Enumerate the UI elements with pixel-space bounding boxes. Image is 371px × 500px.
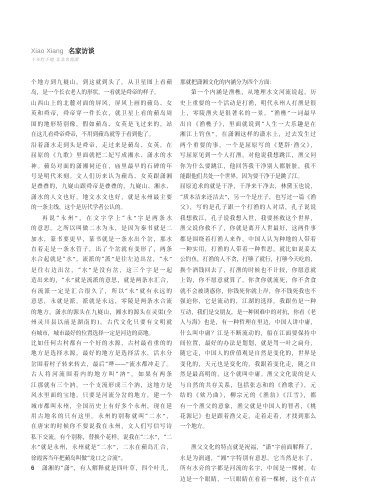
text-line: 间位置，最好的办法是划划，就是驾一叶之扁舟，: [180, 339, 316, 349]
text-line: 屈原的《九歌》里面就把二妃写成湘水、潇水的水: [31, 151, 172, 161]
text-line: 用古地名的只有这里。永州的别称就叫“二水”，: [31, 412, 172, 422]
text-line: 神。蘋岛对面的潇湘祠还在，庙里最早的石碑的年: [31, 162, 172, 172]
text-line: 山西山上的北麓对面的屏风，屏风上画的蘋岛、女: [31, 99, 172, 109]
text-line: 一个地方。: [180, 422, 316, 432]
text-line: 一种实用，打渔的人带着一种哲思，就比如说姜太: [180, 245, 316, 255]
text-line: 上，零陵渔火是很著名的一景，“渔樵”一词最早: [180, 109, 316, 119]
text-line: 花源记》也是跟着渔父走，走着走着，才找到那么: [180, 412, 316, 422]
text-line: 公钓鱼，打渔的人不贪，打够了就行，打够今天吃的，: [180, 255, 316, 265]
text-line: 就不会被诱惑你，你钱死你就上岸，你不钱死我也不: [180, 287, 316, 297]
paragraph-spacer: [180, 433, 316, 443]
text-line: 你为什么要跳江，他回答我干净别人都脏脏，我不: [180, 162, 316, 172]
text-line: 是叠叠的，九嶷山跟舜帝是叠叠的，九嶷山、湘水、: [31, 182, 172, 192]
text-line: 父》，写的是孔子跟一个打渔的人对话，孔子说说: [180, 203, 316, 213]
text-line: 都是围绕着打渔人来作，中国人认为种地的人带着: [180, 235, 316, 245]
text-line: 潇水的人文也好，地文水文也好，就是永州最主要: [31, 193, 172, 203]
text-line: 围的地形特别像。假如蘋岛、女英是飞过来的，站: [31, 120, 172, 130]
text-line: 有城市，城市最好的位置选择一定是河边的高地。: [31, 329, 172, 339]
text-line: 江那就有三个汭，一个支流形成三个汭，这地方是: [31, 381, 172, 391]
text-line: 号是明代米刻。文人们历来认为蘋岛、女英跟潇湘: [31, 172, 172, 182]
text-line: 渔父文化的特点就是祝福，“潇”字前面解释了，: [180, 443, 316, 453]
text-line: 古人将河流围着内的地方叫“汭”，如果有两条: [31, 370, 172, 380]
text-line: 意思，永就是派，派就是永远，零陵是两条水合流: [31, 297, 172, 307]
text-line: 什么叫中庸？江是不断流动的，船在江面要保持中: [180, 329, 316, 339]
text-line: 徐霞客当年把蘋岛叫做“龙口之合流”。: [31, 454, 172, 464]
text-line: 写屈原见到一个人打渔，对他说我想跳江，渔父问: [180, 151, 316, 161]
text-line: 然是最高明的，这个就叫中庸。渔父文化说的是人: [180, 370, 316, 380]
text-line: 沿着潇水走到头是舜帝，走过来是蘋岛、女英，在: [31, 141, 172, 151]
text-line: 能跟他们共处一个世界，因为要干净于是跳了江。: [180, 172, 316, 182]
text-line: 英和舜帝，舜帝穿一件长衣，就卫星上看的蘋岛周: [31, 109, 172, 119]
header-subtitle: 千年红千地 北北名流派: [31, 57, 94, 64]
text-line: 是往右边出岔，“水”是没有岔，这三个字是一起: [31, 266, 172, 276]
text-line: 比如任何古村都有一个好的水源，古村最看重的的: [31, 339, 172, 349]
text-line: 再说“永州”，在文字学上“永”字是两条水: [31, 214, 172, 224]
right-text-column: 那就把潇湘文化的内涵分为四个方面：第一个内涵是渔樵，从地理水文河流说起，历史上重…: [180, 78, 316, 485]
header-line: Xiao Xiang 名家访谈: [31, 46, 94, 57]
text-line: 上钩，你不愿意就算了，你贪你就流死，你不贪食: [180, 276, 316, 286]
text-line: 在唐宋的时候你不要说我在永州，文人们写信写诗: [31, 422, 172, 432]
page-header: Xiao Xiang 名家访谈 千年红千地 北北名流派: [31, 46, 94, 64]
text-line: 出自《渔樵子》，里面就说到“人生一大乐趣是在: [180, 120, 316, 130]
text-line: 所有水旁的字都是河流的名字，中间是一棵树，右: [180, 464, 316, 474]
text-line: 在这儿看舜帝舜帝，不用到蘋岛就等于看到他了。: [31, 130, 172, 140]
text-line: 互动，我们是交朋友，是一种困难中的对抗，你看《老: [180, 308, 316, 318]
left-text-column: 个地方到九嶷山，到这就到头了。从卫星图上看蘋岛，是一个长衣老人的形状，一看就是舜…: [31, 78, 172, 475]
text-line: 的意思。之所以叫做二水为永，是因为秦书就是二: [31, 224, 172, 234]
text-line: 人与海》也是，有一种哲理在里边，中国人讲中庸，: [180, 318, 316, 328]
text-line: 那就把潇湘文化的内涵分为四个方面：: [180, 78, 316, 88]
text-line: 边是一个眼睛，一只眼睛在看着一棵树，这个在古: [180, 475, 316, 485]
text-line: 岛，是一个长衣老人的形状，一看就是舜帝的样子。: [31, 88, 172, 98]
text-line: 渔父说你救不了，你就是离开人世最好，这两件事: [180, 224, 316, 234]
text-line: 湘江上钓鱼”，在潇湘这样的潇水上，过去发生过: [180, 130, 316, 140]
text-line: 地方是选择水源，最好的地方是选择活水，活水分: [31, 349, 172, 359]
text-line: 个地方到九嶷山，到这就到头了。从卫星图上看蘋: [31, 78, 172, 88]
text-line: 我想救江，孔子说我想入世，我要拯救这个世界，: [180, 214, 316, 224]
text-line: 的地方，潇水的源头在九嶷山，湘水的源头在灵渠(全: [31, 308, 172, 318]
magazine-brand: Xiao Xiang: [31, 47, 63, 57]
text-line: 史上重要的一个活动是打渔，明代永州人打渔是很: [180, 99, 316, 109]
text-line: 屈原追求的就是干净，干净来干净去，林黛玉也说，: [180, 182, 316, 192]
text-line: 加水，篆书要更早，篆书就是一条水出个岔，那水: [31, 235, 172, 245]
section-title: 名家访谈: [68, 46, 94, 56]
text-line: 造出来的，“永”就是流派的意思，就是两条水汇合，: [31, 276, 172, 286]
text-line: 换个酒钱回去了，打渔的时候也不计较，你愿意就: [180, 266, 316, 276]
text-line: 随它走，中国人的价值观是自然是变化的，世界是: [180, 349, 316, 359]
page-number: 6: [31, 466, 34, 472]
text-line: 变化的，天元也是变化的，我跟着变化走，随之自: [180, 360, 316, 370]
text-line: 城市都叫永州，全国历史上有好多个永州，现在延: [31, 402, 172, 412]
text-line: 水是为润通，“湘”字特别有意思，它当然是水了，: [180, 454, 316, 464]
text-line: 潇湘的“潇”，有人解释就是四叶草，四个叶儿，: [31, 464, 172, 474]
text-line: 第一个内涵是渔樵，从地理水文河流说起，历: [180, 88, 316, 98]
text-line: 水”就是永州，永州就是“二水”，二水在蘋岛汇合，: [31, 443, 172, 453]
text-line: 私下交流，有个别称，替换个花样，说我在“二水”，“二: [31, 433, 172, 443]
text-line: 与自然的共存关系，包括张志和的《渔歌子》，元: [180, 381, 316, 391]
text-line: 两个重要的事，一个是屈原写的《楚辞·渔父》，: [180, 141, 316, 151]
text-line: 州灵川县以前是湖南的)。古代文化只要有文明就: [31, 318, 172, 328]
text-line: “质本洁来还洁去”，另一个是庄子，也写过一篇《渔: [180, 193, 316, 203]
text-line: 岔围着村子转来转去，最后“哗——”流水都冲走了。: [31, 360, 172, 370]
text-line: 风水里面的宝地。只要是河流分岔的地方，建一个: [31, 391, 172, 401]
text-line: 水合起就是“水”，流派的“派”是往左边出岔，“永”: [31, 255, 172, 265]
text-line: 有一个渔父的意象，渔父就是中国人的智者，《桃: [180, 402, 316, 412]
text-line: 有流派一定是汇合很久了，所以“永”就有永远的: [31, 287, 172, 297]
text-line: 的一条主线，这个是历代学者公认的。: [31, 203, 172, 213]
text-line: 强迫你，它是流动的，江湖的选择，我跟鱼是一种: [180, 297, 316, 307]
text-line: 直着走是一条水管子，出了个岔就有变形了，两条: [31, 245, 172, 255]
text-line: 结的《欸乃曲》，柳宗元的《渔翁》《江雪》，都: [180, 391, 316, 401]
